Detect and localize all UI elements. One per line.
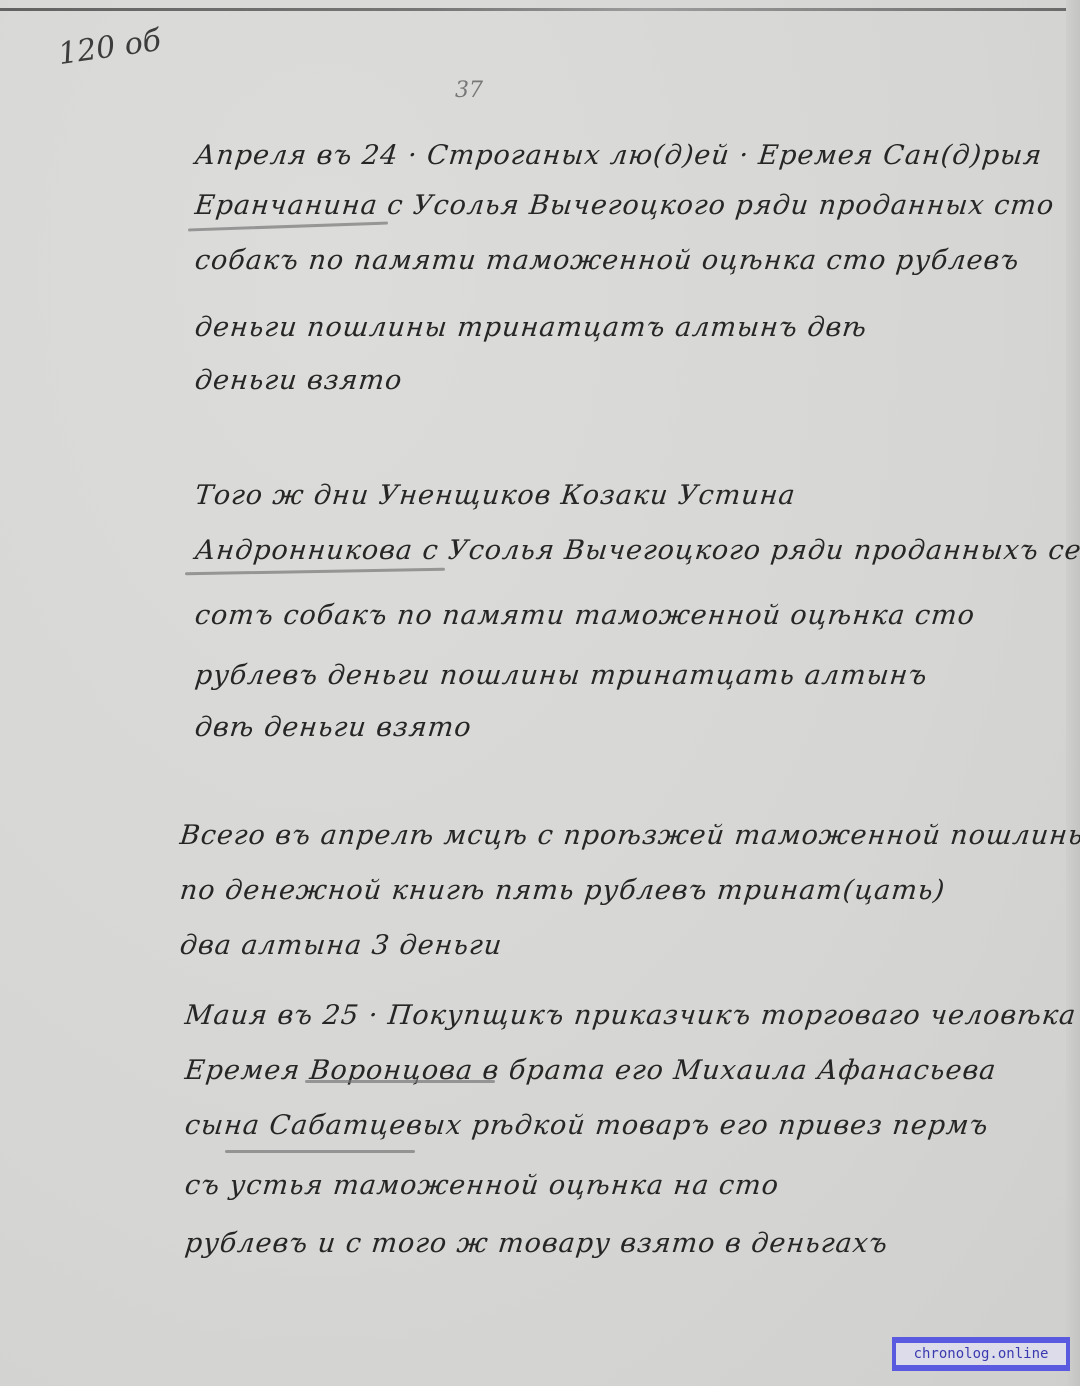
manuscript-line: Еранчанина с Усолья Вычегоцкого ряди про… [193,190,1056,221]
manuscript-line: Маия въ 25 · Покупщикъ приказчикъ торгов… [183,1000,1078,1031]
watermark-text: chronolog.online [896,1343,1066,1365]
page-top-edge [0,8,1080,11]
page-mark: 37 [455,78,483,103]
manuscript-line: деньги взято [193,365,404,396]
manuscript-line: двѣ деньги взято [193,712,473,743]
manuscript-line: сына Сабатцевых рѣдкой товаръ его привез… [183,1110,990,1141]
manuscript-line: по денежной книгѣ пять рублевъ тринат(ца… [178,875,947,906]
manuscript-line: рублевъ и с того ж товару взято в деньга… [183,1228,889,1259]
name-underline [225,1150,415,1153]
name-underline [305,1080,495,1083]
manuscript-line: рублевъ деньги пошлины тринатцать алтынъ [193,660,929,691]
manuscript-line: сотъ собакъ по памяти таможенной оцѣнка … [193,600,976,631]
manuscript-line: собакъ по памяти таможенной оцѣнка сто р… [193,245,1021,276]
folio-number: 120 об [56,23,163,72]
page-right-edge [1066,0,1080,1386]
manuscript-line: деньги пошлины тринатцатъ алтынъ двѣ [193,312,868,343]
watermark-badge: chronolog.online [892,1337,1070,1371]
manuscript-line: Того ж дни Уненщиков Козаки Устина [193,480,797,511]
name-underline [188,222,388,232]
manuscript-line: Андронникова с Усолья Вычегоцкого ряди п… [193,535,1080,566]
manuscript-line: два алтына 3 деньги [178,930,503,961]
manuscript-line: Апреля въ 24 · Строганых лю(д)ей · Ереме… [193,140,1043,171]
manuscript-line: съ устья таможенной оцѣнка на сто [183,1170,780,1201]
manuscript-line: Всего въ апрелѣ мсцѣ с проѣзжей таможенн… [178,820,1080,851]
name-underline [185,568,445,576]
